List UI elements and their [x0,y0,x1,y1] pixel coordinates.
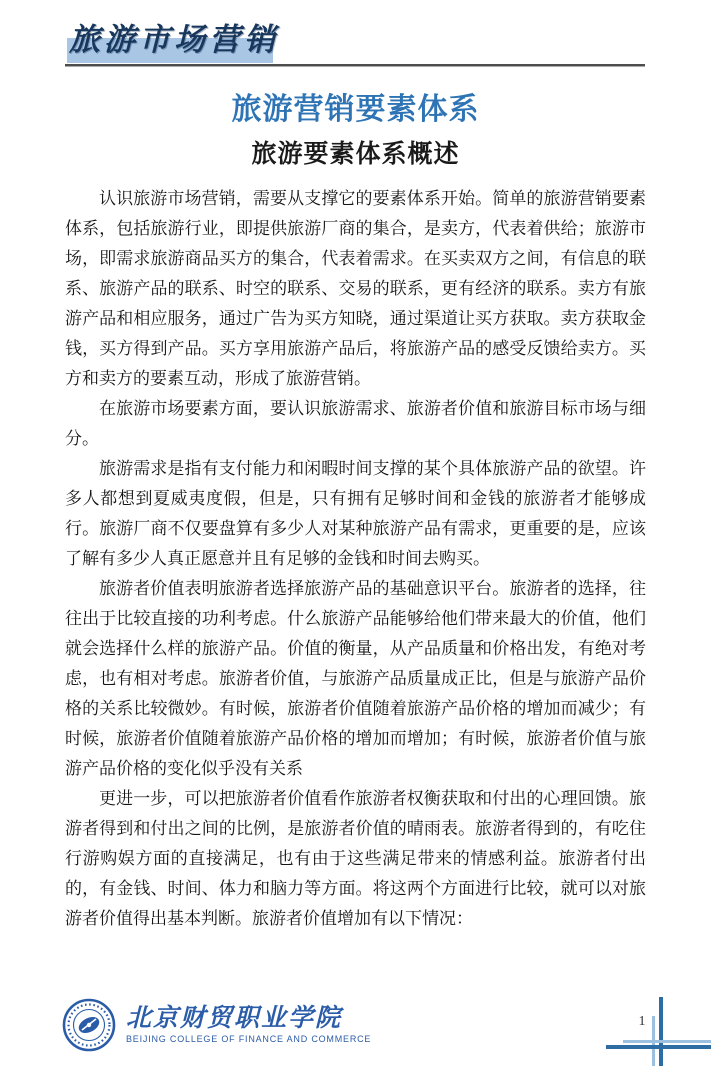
college-name-en: BEIJING COLLEGE OF FINANCE AND COMMERCE [126,1034,371,1044]
college-name-cn: 北京财贸职业学院 [126,1006,371,1032]
document-page: 旅游市场营销 旅游营销要素体系 旅游要素体系概述 认识旅游市场营销，需要从支撑它… [0,0,711,1066]
course-brand-title: 旅游市场营销 [69,14,279,59]
page-subtitle: 旅游要素体系概述 [0,134,711,170]
paragraph: 旅游需求是指有支付能力和闲暇时间支撑的某个具体旅游产品的欲望。许多人都想到夏威夷… [65,454,646,574]
paragraph: 认识旅游市场营销，需要从支撑它的要素体系开始。简单的旅游营销要素体系，包括旅游行… [65,184,646,394]
running-header: 旅游市场营销 [65,20,645,70]
corner-line-vertical-dark [659,997,663,1066]
page-title: 旅游营销要素体系 [0,84,711,128]
paragraph: 更进一步，可以把旅游者价值看作旅游者权衡获取和付出的心理回馈。旅游者得到和付出之… [65,784,646,934]
paragraph: 在旅游市场要素方面，要认识旅游需求、旅游者价值和旅游目标市场与细分。 [65,394,646,454]
paragraph: 旅游者价值表明旅游者选择旅游产品的基础意识平台。旅游者的选择，往往出于比较直接的… [65,574,646,784]
college-name-block: 北京财贸职业学院 BEIJING COLLEGE OF FINANCE AND … [126,1006,371,1044]
corner-line-horizontal-dark [606,1045,711,1049]
page-number: 1 [634,1014,650,1030]
corner-line-horizontal-light [623,1040,711,1043]
body-text: 认识旅游市场营销，需要从支撑它的要素体系开始。简单的旅游营销要素体系，包括旅游行… [65,184,646,934]
college-logo: 北京财贸职业学院 BEIJING COLLEGE OF FINANCE AND … [62,998,371,1052]
college-emblem-icon [62,998,116,1052]
header-divider-line [65,64,645,67]
